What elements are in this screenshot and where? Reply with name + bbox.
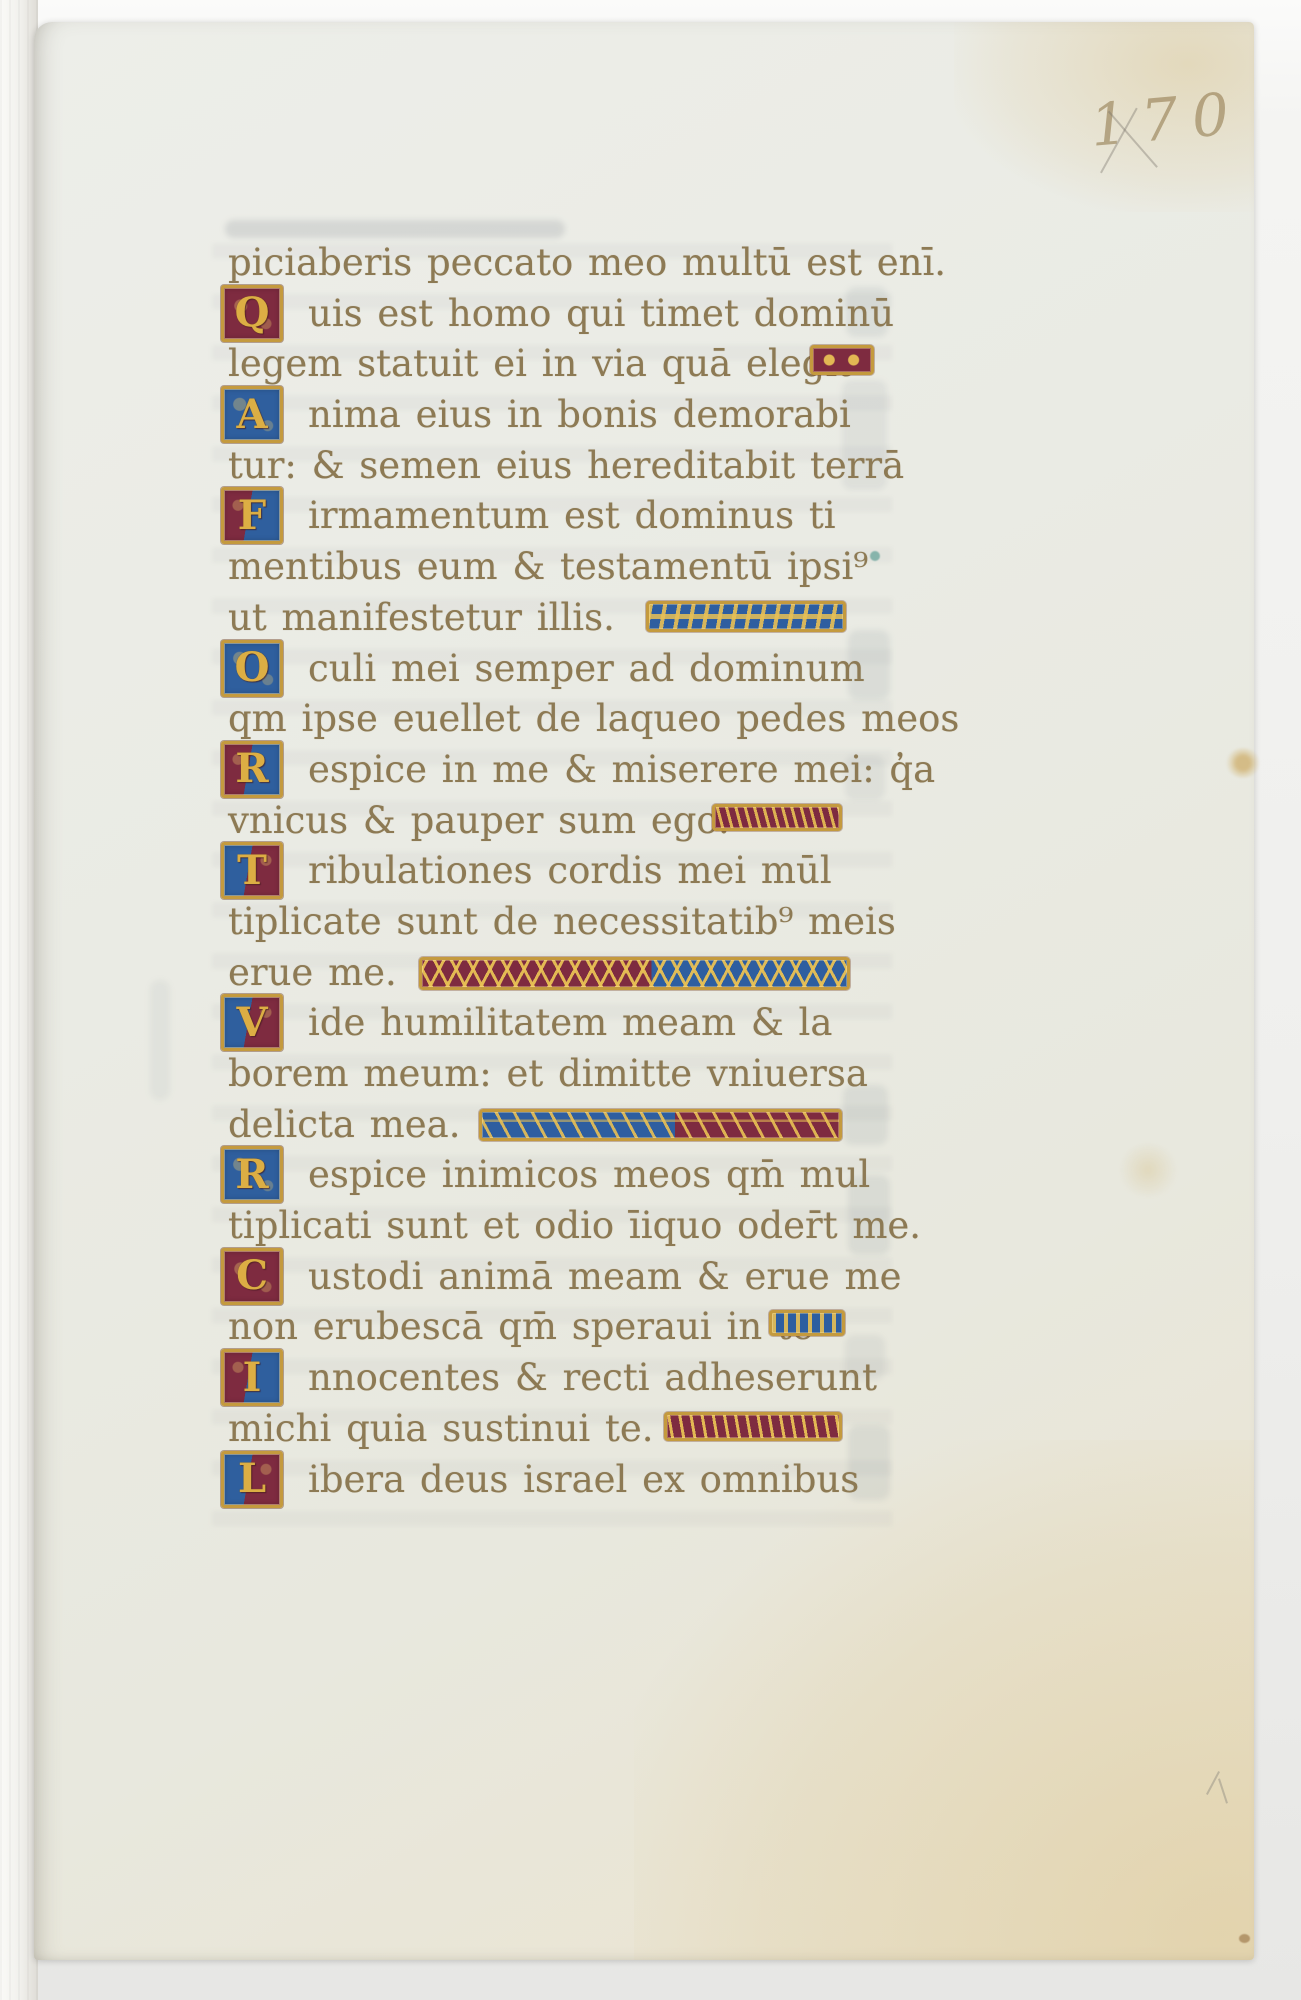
text-line: T ribulationes cordis mei mūl xyxy=(228,846,848,897)
manuscript-photo: 170 piciaberis peccato meo multū est enī… xyxy=(0,0,1301,2000)
text-line: V ide humilitatem meam & la xyxy=(228,998,848,1049)
illuminated-initial: L xyxy=(221,1451,283,1508)
show-through-blot xyxy=(150,980,170,1100)
illuminated-initial: Q xyxy=(221,285,283,342)
stain xyxy=(1226,748,1260,778)
text-line: O culi mei semper ad dominum xyxy=(228,644,848,695)
illuminated-initial: V xyxy=(221,994,283,1051)
text-line: piciaberis peccato meo multū est enī. xyxy=(228,238,848,289)
text-line: vnicus & pauper sum ego. xyxy=(228,796,848,847)
line-text: ribulationes cordis mei mūl xyxy=(308,846,832,897)
line-text: delicta mea. xyxy=(228,1100,460,1151)
ink-offset-smudge xyxy=(225,220,565,238)
stain xyxy=(1116,1144,1180,1196)
text-line: michi quia sustinui te. xyxy=(228,1404,848,1455)
text-line: C ustodi animā meam & erue me xyxy=(228,1252,848,1303)
illuminated-initial: O xyxy=(221,640,283,697)
illuminated-initial: T xyxy=(221,842,283,899)
line-text: non erubescā qm̄ speraui in te xyxy=(228,1302,814,1353)
psalm-text-block: piciaberis peccato meo multū est enī. Q … xyxy=(228,238,848,1505)
line-text: borem meum: et dimitte vniuersa xyxy=(228,1049,868,1100)
text-line: A nima eius in bonis demorabi xyxy=(228,390,848,441)
line-text: tiplicati sunt et odio īiquo oder̄t me. xyxy=(228,1201,921,1252)
vellum-page: 170 piciaberis peccato meo multū est enī… xyxy=(34,22,1254,1960)
pigment-speck xyxy=(870,551,880,561)
text-line: ut manifestetur illis. xyxy=(228,593,848,644)
line-text: uis est homo qui timet dominū xyxy=(308,289,894,340)
line-filler-ornament xyxy=(646,601,846,632)
line-filler-ornament xyxy=(419,957,850,990)
illuminated-initial: R xyxy=(221,741,283,798)
text-line: qm ipse euellet de laqueo pedes meos xyxy=(228,694,848,745)
text-line: borem meum: et dimitte vniuersa xyxy=(228,1049,848,1100)
line-text: nnocentes & recti adheserunt xyxy=(308,1353,877,1404)
text-line: mentibus eum & testamentū ipsi⁹ xyxy=(228,542,848,593)
line-filler-ornament xyxy=(479,1109,842,1141)
line-text: nima eius in bonis demorabi xyxy=(308,390,851,441)
line-filler-ornament xyxy=(810,345,874,375)
line-text: qm ipse euellet de laqueo pedes meos xyxy=(228,694,959,745)
line-text: ibera deus israel ex omnibus xyxy=(308,1455,859,1506)
line-filler-ornament xyxy=(664,1412,842,1441)
illuminated-initial: C xyxy=(221,1248,283,1305)
line-text: mentibus eum & testamentū ipsi⁹ xyxy=(228,542,868,593)
pencil-smudge xyxy=(1202,1768,1236,1808)
text-line: Q uis est homo qui timet dominū xyxy=(228,289,848,340)
text-line: L ibera deus israel ex omnibus xyxy=(228,1455,848,1506)
text-line: non erubescā qm̄ speraui in te xyxy=(228,1302,848,1353)
stain xyxy=(1239,1934,1250,1943)
folio-number: 170 xyxy=(1088,76,1277,201)
illuminated-initial: F xyxy=(221,487,283,544)
line-text: ut manifestetur illis. xyxy=(228,593,615,644)
line-text: legem statuit ei in via quā elegit xyxy=(228,339,852,390)
line-text: vnicus & pauper sum ego. xyxy=(228,796,730,847)
text-line: tiplicati sunt et odio īiquo oder̄t me. xyxy=(228,1201,848,1252)
text-line: tur: & semen eius hereditabit terrā xyxy=(228,441,848,492)
line-text: ustodi animā meam & erue me xyxy=(308,1252,902,1303)
text-line: delicta mea. xyxy=(228,1100,848,1151)
line-text: espice in me & miserere mei: q̓a xyxy=(308,745,935,796)
line-text: tur: & semen eius hereditabit terrā xyxy=(228,441,904,492)
text-line: erue me. xyxy=(228,948,848,999)
line-text: michi quia sustinui te. xyxy=(228,1404,654,1455)
text-line: R espice in me & miserere mei: q̓a xyxy=(228,745,848,796)
illuminated-initial: A xyxy=(221,386,283,443)
book-gutter-edge xyxy=(0,0,38,2000)
line-text: espice inimicos meos qm̄ mul xyxy=(308,1150,870,1201)
line-text: irmamentum est dominus ti xyxy=(308,491,836,542)
illuminated-initial: R xyxy=(221,1146,283,1203)
illuminated-initial: I xyxy=(221,1349,283,1406)
stain xyxy=(634,1440,1254,1960)
line-text: piciaberis peccato meo multū est enī. xyxy=(228,238,946,289)
line-text: erue me. xyxy=(228,948,397,999)
text-line: F irmamentum est dominus ti xyxy=(228,491,848,542)
line-filler-ornament xyxy=(769,1310,845,1336)
text-line: tiplicate sunt de necessitatib⁹ meis xyxy=(228,897,848,948)
text-line: legem statuit ei in via quā elegit xyxy=(228,339,848,390)
text-line: R espice inimicos meos qm̄ mul xyxy=(228,1150,848,1201)
text-line: I nnocentes & recti adheserunt xyxy=(228,1353,848,1404)
line-filler-ornament xyxy=(712,804,842,831)
line-text: ide humilitatem meam & la xyxy=(308,998,832,1049)
line-text: culi mei semper ad dominum xyxy=(308,644,865,695)
line-text: tiplicate sunt de necessitatib⁹ meis xyxy=(228,897,896,948)
